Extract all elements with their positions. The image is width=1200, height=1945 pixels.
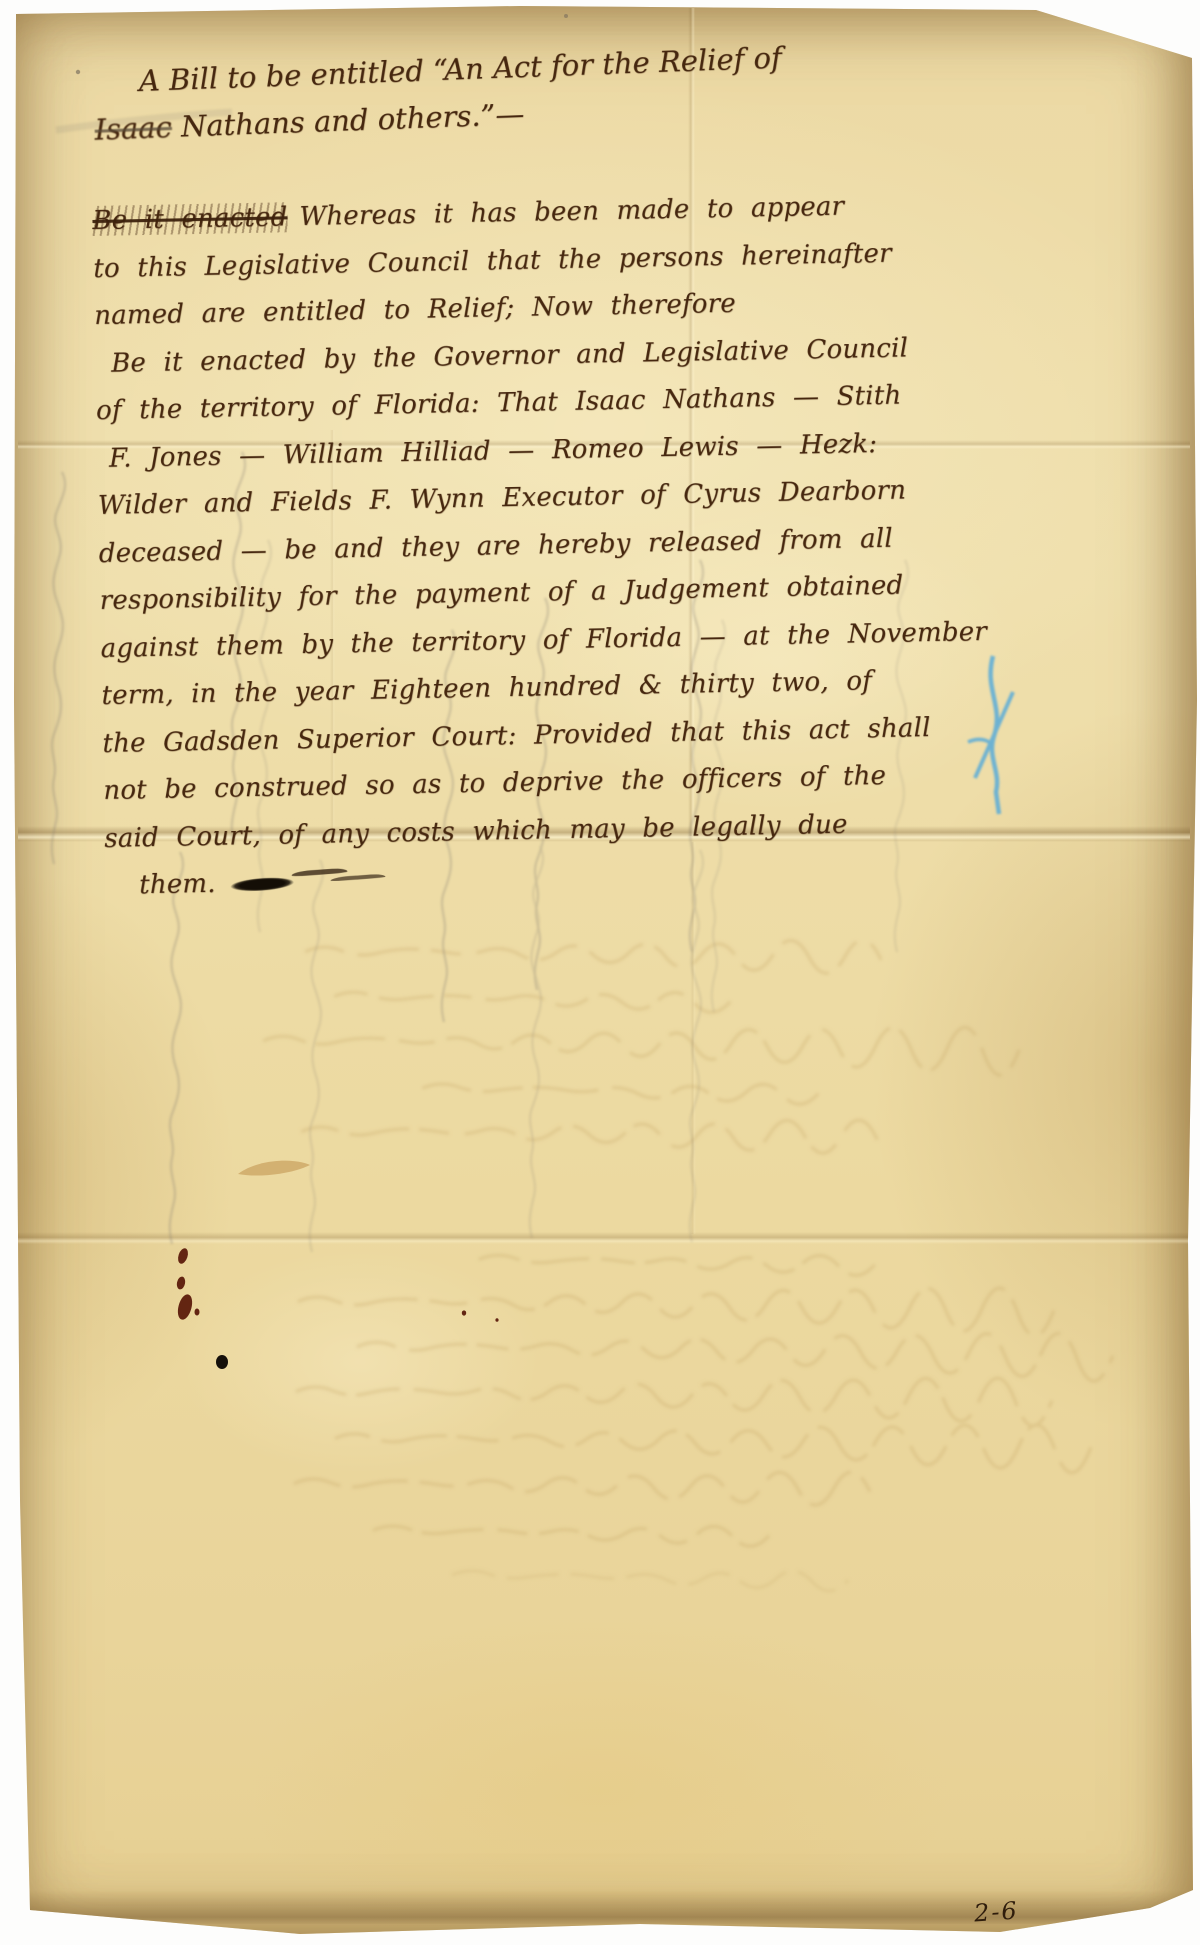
line-text: deceased — be and they are hereby releas… bbox=[99, 523, 894, 568]
ink-bleedthrough-ghost-text bbox=[252, 928, 1121, 1597]
line-text: of the territory of Florida: That Isaac … bbox=[96, 381, 902, 426]
bill-body: Be it enactedWhereas it has been made to… bbox=[92, 181, 992, 910]
line-text: F. Jones — William Hilliad — Romeo Lewis… bbox=[109, 428, 878, 473]
struck-text: Be it enacted bbox=[92, 202, 288, 236]
tan-smudge bbox=[238, 1161, 310, 1176]
line-text: Be it enacted by the Governor and Legisl… bbox=[111, 333, 908, 378]
line-text: against them by the territory of Florida… bbox=[100, 616, 987, 663]
line-text: the Gadsden Superior Court: Provided tha… bbox=[102, 713, 931, 759]
line-text: them. bbox=[139, 869, 216, 900]
manuscript-page: A Bill to be entitled “An Act for the Re… bbox=[0, 0, 1200, 1945]
horizontal-fold-crease bbox=[18, 1232, 1190, 1244]
line-text: term, in the year Eighteen hundred & thi… bbox=[101, 666, 872, 711]
ink-dash-blot bbox=[229, 875, 294, 893]
line-text: named are entitled to Relief; Now theref… bbox=[94, 289, 736, 331]
line-text: Whereas it has been made to appear bbox=[299, 192, 844, 232]
vertical-fold-crease bbox=[690, 842, 696, 1234]
bill-title: A Bill to be entitled “An Act for the Re… bbox=[138, 34, 784, 152]
title-text: Nathans and others.”— bbox=[180, 97, 525, 144]
line-text: not be construed so as to deprive the of… bbox=[103, 761, 886, 806]
line-text: responsibility for the payment of a Judg… bbox=[99, 570, 903, 615]
line-text: Wilder and Fields F. Wynn Executor of Cy… bbox=[98, 475, 907, 521]
scan-background: A Bill to be entitled “An Act for the Re… bbox=[0, 0, 1200, 1945]
line-text: said Court, of any costs which may be le… bbox=[104, 809, 848, 853]
ink-blots bbox=[175, 1247, 498, 1322]
page-number: 2-6 bbox=[973, 1896, 1020, 1927]
struck-name: Isaac bbox=[94, 110, 172, 147]
black-ink-dot bbox=[216, 1355, 228, 1369]
line-text: to this Legislative Council that the per… bbox=[93, 238, 892, 283]
